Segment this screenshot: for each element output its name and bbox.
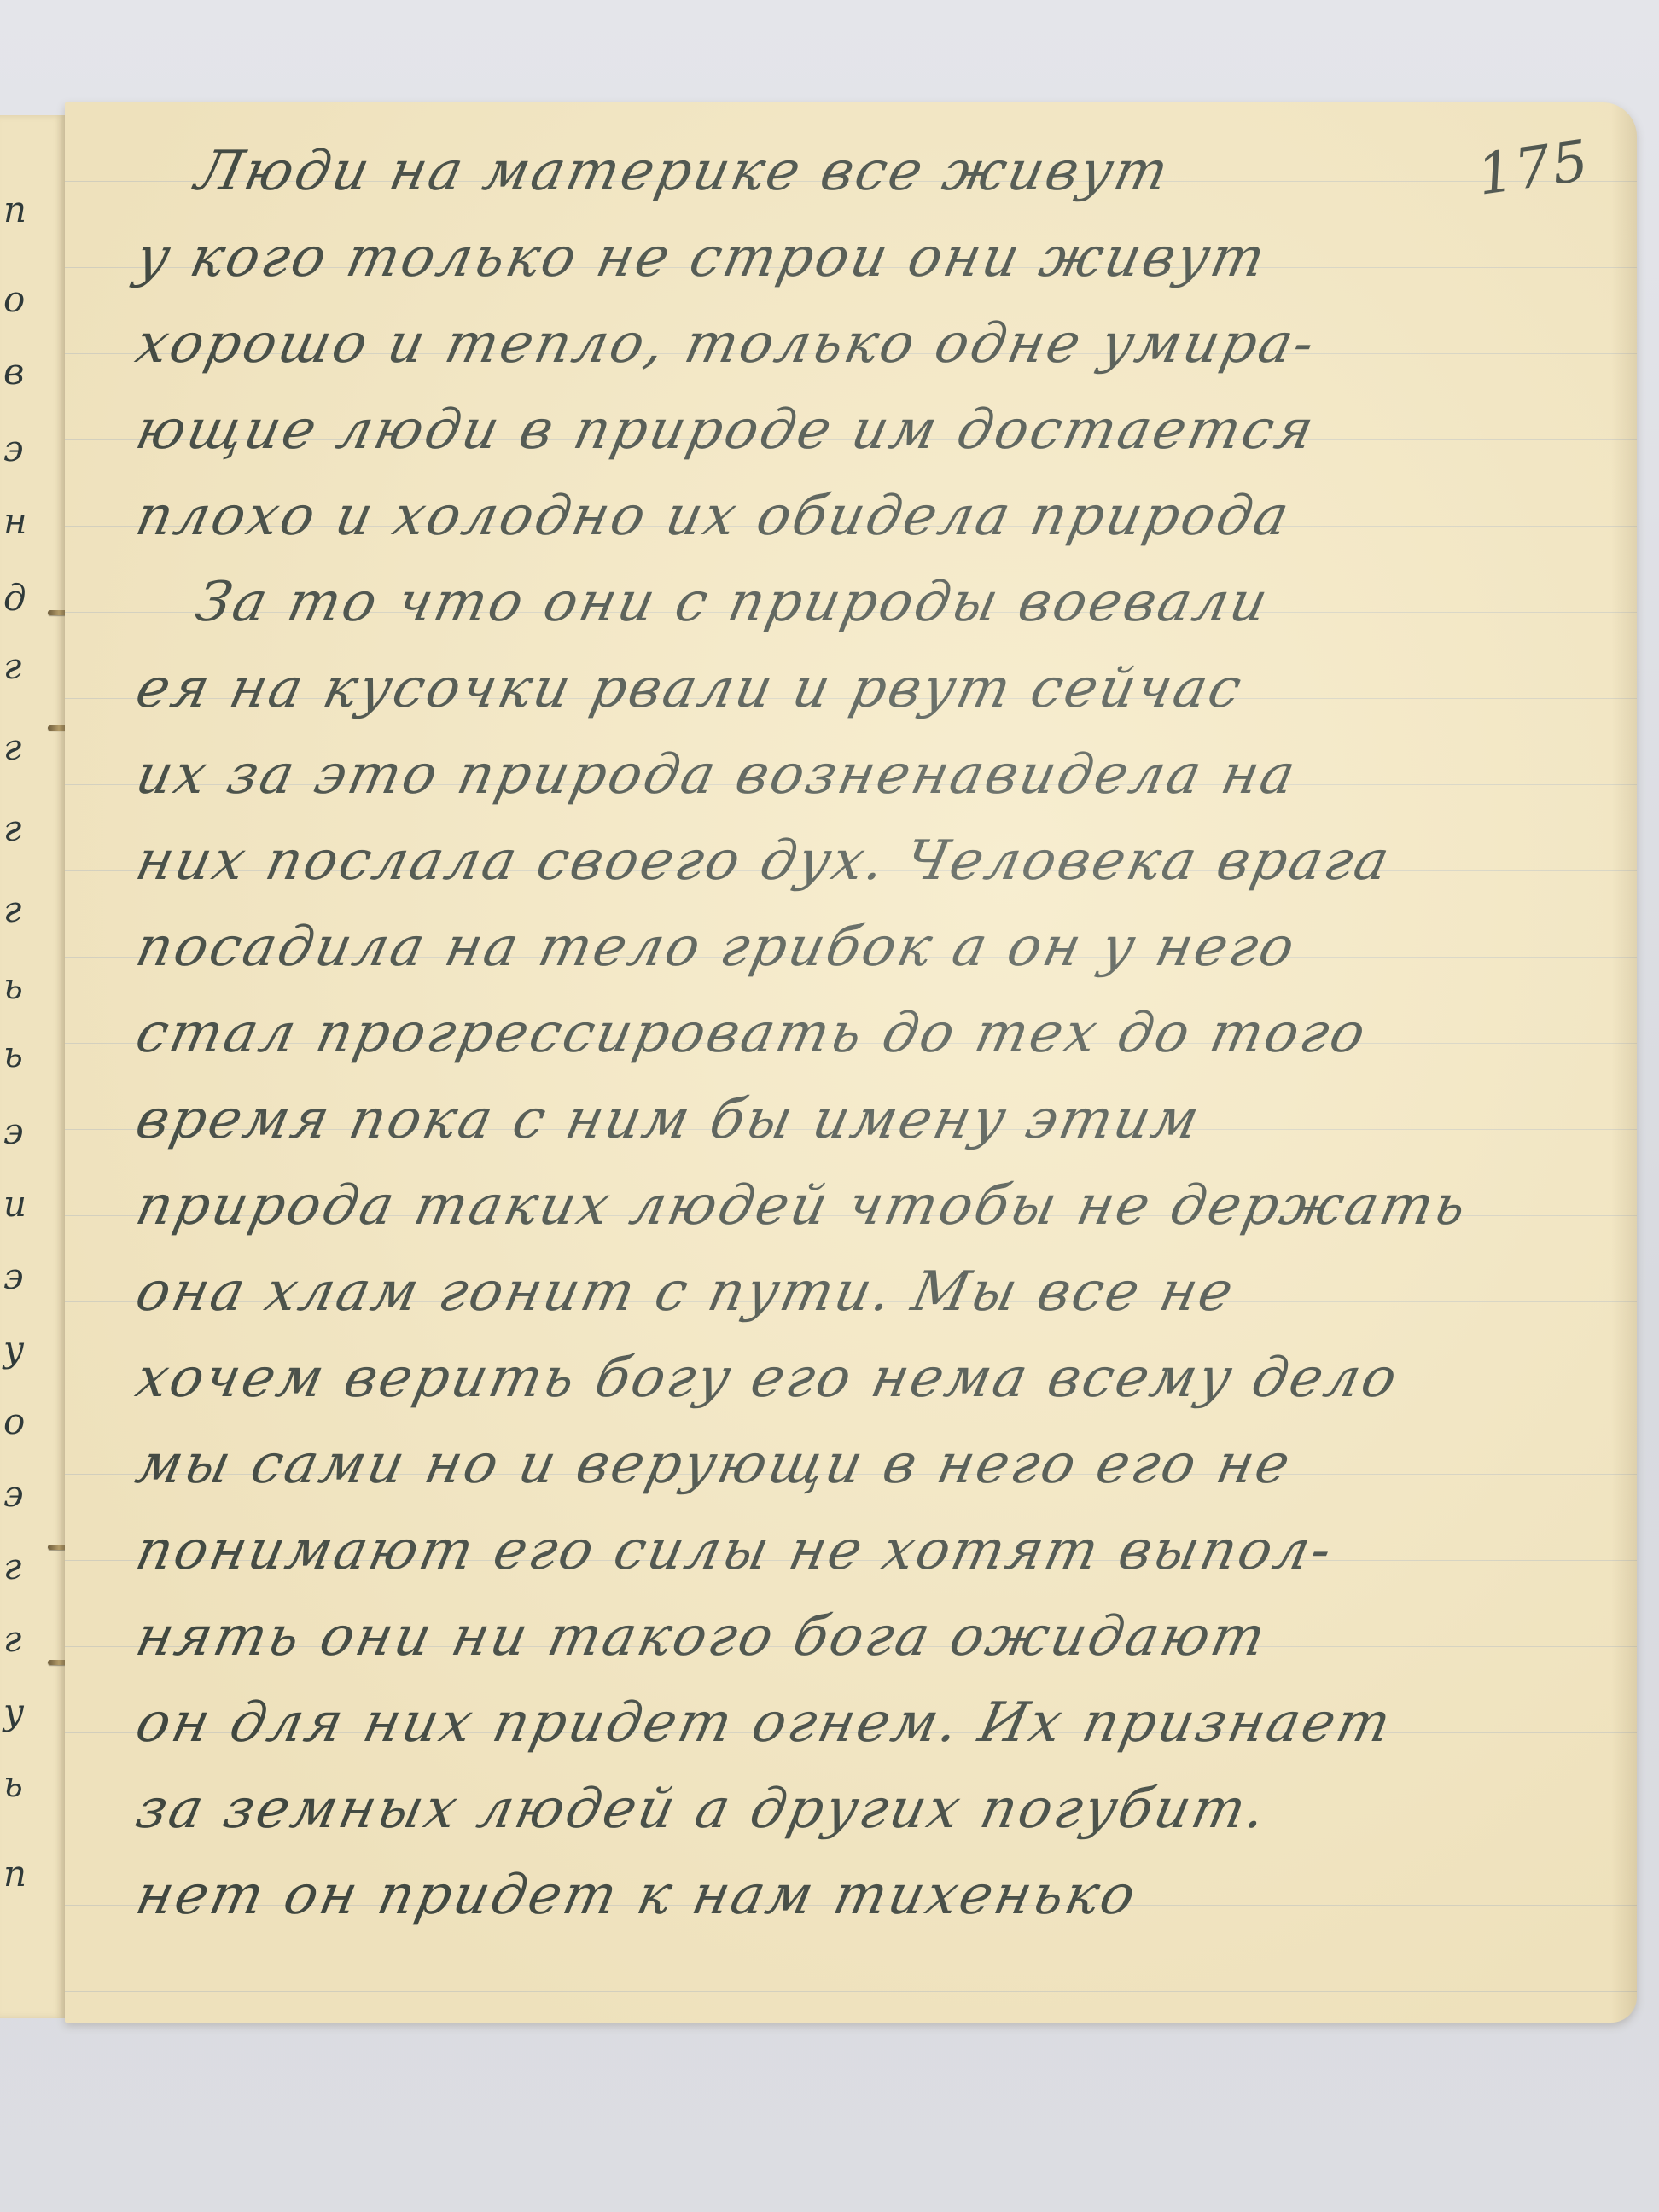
facing-page-fragment: д xyxy=(3,580,51,616)
facing-page-fragment: ь xyxy=(3,969,51,1004)
text-line: время пока с ним бы имену этим xyxy=(128,1076,1511,1162)
text-line: ющие люди в природе им достается xyxy=(128,387,1511,473)
ruled-line xyxy=(65,1991,1637,1992)
text-line: них послала своего дух. Человека врага xyxy=(128,818,1511,904)
text-line: хочем верить богу его нема всему дело xyxy=(128,1335,1511,1421)
text-line: нять они ни такого бога ожидают xyxy=(128,1593,1511,1679)
page-edge-shadow xyxy=(1611,102,1637,2023)
text-line: ея на кусочки рвали и рвут сейчас xyxy=(128,645,1511,731)
notebook-page: 175 Люди на материке все живут у кого то… xyxy=(65,102,1637,2023)
facing-page-fragment: у xyxy=(3,1331,51,1367)
facing-page-fragment: э xyxy=(3,1114,51,1150)
text-line: нет он придет к нам тихенько xyxy=(128,1852,1511,1938)
facing-page-edge: п о в э н д г г г г ь ь э и э у о э г г … xyxy=(0,115,66,2018)
handwritten-text: Люди на материке все живут у кого только… xyxy=(137,128,1503,1938)
facing-page-fragment: э xyxy=(3,1259,51,1295)
text-line: природа таких людей чтобы не держать xyxy=(128,1162,1511,1249)
text-line: за земных людей а других погубит. xyxy=(128,1766,1511,1852)
text-line: За то что они с природы воевали xyxy=(128,559,1511,645)
facing-page-fragment: п xyxy=(3,192,51,228)
text-line: она хлам гонит с пути. Мы все не xyxy=(128,1249,1511,1335)
facing-page-fragment: п xyxy=(3,1856,51,1892)
text-line: у кого только не строи они живут xyxy=(128,214,1511,300)
text-line: Люди на материке все живут xyxy=(128,128,1511,214)
facing-page-fragment: и xyxy=(3,1186,51,1222)
text-line: плохо и холодно их обидела природа xyxy=(128,473,1511,559)
facing-page-fragment: г xyxy=(3,730,51,765)
text-line: хорошо и тепло, только одне умира- xyxy=(128,300,1511,387)
text-line: он для них придет огнем. Их признает xyxy=(128,1679,1511,1766)
text-line: их за это природа возненавидела на xyxy=(128,731,1511,818)
facing-page-fragment: у xyxy=(3,1694,51,1730)
facing-page-fragment: г xyxy=(3,1549,51,1585)
facing-page-fragment: в xyxy=(3,354,51,390)
text-line: посадила на тело грибок а он у него xyxy=(128,904,1511,990)
facing-page-fragment: о xyxy=(3,1404,51,1440)
facing-page-fragment: г xyxy=(3,649,51,684)
text-line: стал прогрессировать до тех до того xyxy=(128,990,1511,1076)
facing-page-fragment: о xyxy=(3,282,51,317)
facing-page-fragment: г xyxy=(3,1621,51,1657)
facing-page-fragment: н xyxy=(3,504,51,539)
facing-page-fragment: г xyxy=(3,811,51,847)
facing-page-fragment: г xyxy=(3,892,51,928)
text-line: мы сами но и верующи в него его не xyxy=(128,1421,1511,1507)
facing-page-fragment: э xyxy=(3,1476,51,1512)
text-line: понимают его силы не хотят выпол- xyxy=(128,1507,1511,1593)
facing-page-fragment: ь xyxy=(3,1037,51,1073)
facing-page-fragment: э xyxy=(3,431,51,467)
facing-page-fragment: ь xyxy=(3,1767,51,1802)
